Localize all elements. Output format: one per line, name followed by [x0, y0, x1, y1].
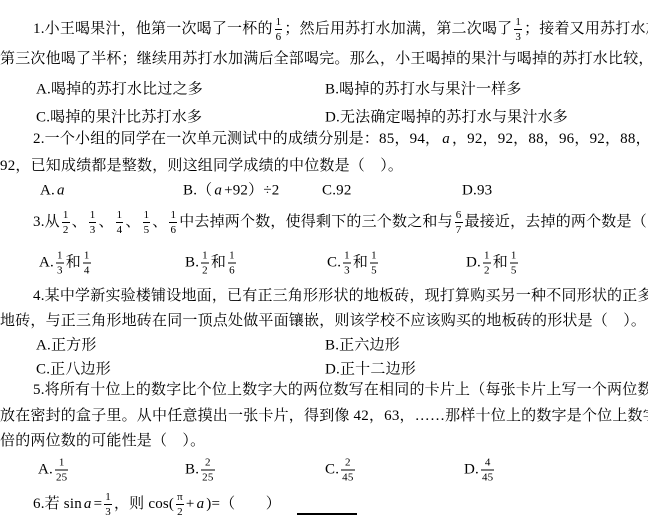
- q4-option-d: D.正十二边形: [325, 360, 416, 379]
- fraction: 445: [481, 456, 494, 485]
- fraction: 13: [343, 249, 351, 278]
- fraction: 15: [510, 249, 518, 278]
- question-3-line-1: 3.从12、13、14、15、16中去掉两个数，使得剩下的三个数之和与67最接近…: [0, 203, 648, 241]
- fraction: 16: [169, 208, 177, 237]
- q3-option-c: C.13和15: [327, 249, 380, 278]
- q1-option-b: B.喝掉的苏打水与果汁一样多: [325, 80, 522, 99]
- fraction: 13: [104, 490, 112, 519]
- q4-option-c: C.正八边形: [36, 360, 111, 379]
- question-4-options-row-2: C.正八边形 D.正十二边形: [0, 360, 648, 379]
- question-3-options-row: A.13和14 B.12和16 C.13和15 D.12和15: [0, 245, 648, 281]
- fraction: π2: [176, 490, 184, 519]
- fraction: 13: [56, 249, 64, 278]
- question-4-line-1: 4.某中学新实验楼铺设地面，已有正三角形形状的地板砖，现打算购买另一种不同形状的…: [0, 287, 648, 306]
- question-5-options-row: A.125 B.225 C.245 D.445: [0, 452, 648, 488]
- question-1-options-row-2: C.喝掉的果汁比苏打水多 D.无法确定喝掉的苏打水与果汁水多: [0, 108, 648, 127]
- fraction: 67: [455, 208, 463, 237]
- q2-option-c: C.92: [322, 181, 352, 200]
- question-1-line-2: 第三次他喝了半杯；继续用苏打水加满后全部喝完。那么，小王喝掉的果汁与喝掉的苏打水…: [0, 50, 648, 69]
- q1-option-c: C.喝掉的果汁比苏打水多: [36, 108, 202, 127]
- q3-option-d: D.12和15: [466, 249, 520, 278]
- fraction: 245: [341, 456, 354, 485]
- q1-option-a: A.喝掉的苏打水比过之多: [36, 80, 203, 99]
- fraction: 16: [275, 15, 283, 44]
- fraction: 13: [514, 15, 522, 44]
- q2-option-a: A.a: [40, 181, 67, 200]
- fraction: 12: [62, 208, 70, 237]
- question-1-line-1: 1.小王喝果汁，他第一次喝了一杯的16；然后用苏打水加满，第二次喝了13；接着又…: [0, 11, 648, 47]
- q5-option-b: B.225: [185, 456, 217, 485]
- math-test-document-page: 1.小王喝果汁，他第一次喝了一杯的16；然后用苏打水加满，第二次喝了13；接着又…: [0, 0, 648, 519]
- q3-option-b: B.12和16: [185, 249, 238, 278]
- question-2-line-1: 2.一个小组的同学在一次单元测试中的成绩分别是：85，94，a，92，92，88…: [0, 130, 648, 149]
- fraction: 15: [143, 208, 151, 237]
- fraction: 12: [201, 249, 209, 278]
- question-4-line-2: 地砖，与正三角形地砖在同一顶点处做平面镶嵌，则该学校不应该购买的地板砖的形状是（…: [0, 312, 648, 331]
- q5-option-c: C.245: [325, 456, 357, 485]
- question-5-line-2: 放在密封的盒子里。从中任意摸出一张卡片，得到像 42，63，……那样十位上的数字…: [0, 407, 648, 426]
- q4-option-a: A.正方形: [36, 336, 97, 355]
- question-5-line-1: 5.将所有十位上的数字比个位上数字大的两位数写在相同的卡片上（每张卡片上写一个两…: [0, 381, 648, 400]
- question-5-line-3: 倍的两位数的可能性是（ ）。: [0, 432, 648, 451]
- q1-option-d: D.无法确定喝掉的苏打水与果汁水多: [325, 108, 568, 127]
- q2-option-d: D.93: [462, 181, 492, 200]
- stray-fraction-bar: [297, 513, 357, 515]
- question-1-options-row-1: A.喝掉的苏打水比过之多 B.喝掉的苏打水与果汁一样多: [0, 80, 648, 99]
- fraction: 14: [116, 208, 124, 237]
- fraction: 12: [483, 249, 491, 278]
- fraction: 125: [55, 456, 68, 485]
- fraction: 16: [228, 249, 236, 278]
- q5-option-d: D.445: [464, 456, 496, 485]
- question-4-options-row-1: A.正方形 B.正六边形: [0, 336, 648, 355]
- question-2-line-2: 92，已知成绩都是整数，则这组同学成绩的中位数是（ ）。: [0, 157, 648, 176]
- fraction: 13: [89, 208, 97, 237]
- q3-option-a: A.13和14: [39, 249, 93, 278]
- fraction: 14: [83, 249, 91, 278]
- fraction: 225: [201, 456, 214, 485]
- q2-option-b: B.（a+92）÷2: [183, 181, 279, 200]
- q4-option-b: B.正六边形: [325, 336, 400, 355]
- question-2-options-row: A.a B.（a+92）÷2 C.92 D.93: [0, 181, 648, 200]
- fraction: 15: [370, 249, 378, 278]
- q5-option-a: A.125: [38, 456, 70, 485]
